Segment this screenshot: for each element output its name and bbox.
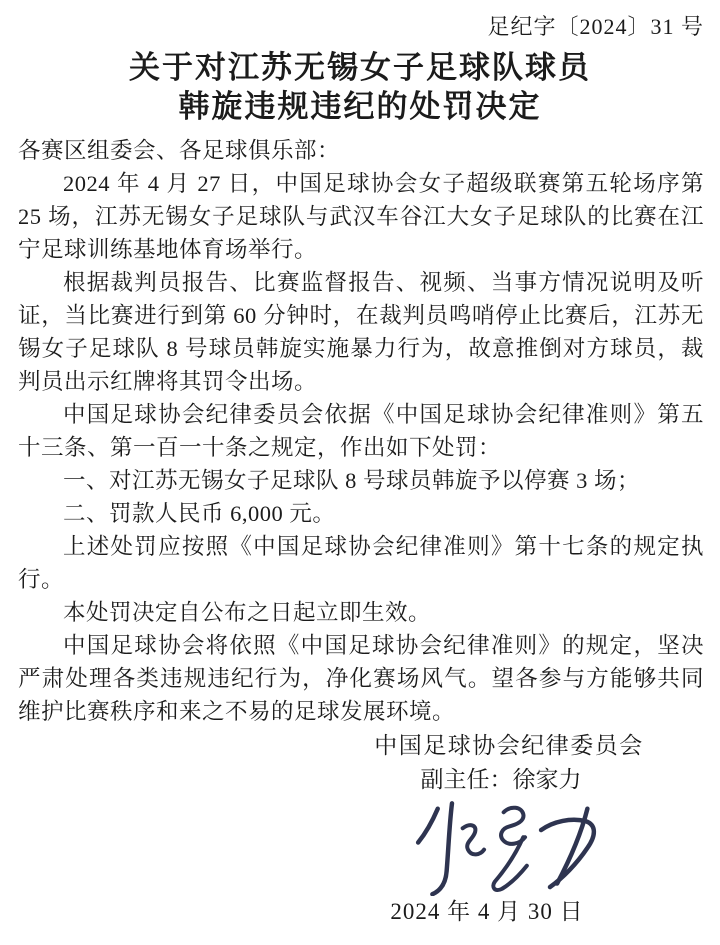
signature-stroke <box>463 825 484 854</box>
signature-block: 中国足球协会纪律委员会 副主任：徐家力 2024 年 4 月 30 日 <box>354 730 664 928</box>
signature-org: 中国足球协会纪律委员会 <box>354 730 664 762</box>
doc-number: 足纪字〔2024〕31 号 <box>0 0 720 41</box>
paragraph-ruling-basis: 中国足球协会纪律委员会依据《中国足球协会纪律准则》第五十三条、第一百一十条之规定… <box>18 398 704 464</box>
penalty-item-1: 一、对江苏无锡女子足球队 8 号球员韩旋予以停赛 3 场； <box>18 464 704 497</box>
signature-stroke <box>418 809 438 843</box>
paragraph-incident: 根据裁判员报告、比赛监督报告、视频、当事方情况说明及听证，当比赛进行到第 60 … <box>18 266 704 398</box>
paragraph-match-info: 2024 年 4 月 27 日，中国足球协会女子超级联赛第五轮场序第 25 场，… <box>18 167 704 266</box>
doc-title-line1: 关于对江苏无锡女子足球队球员 <box>0 48 720 87</box>
penalty-item-2: 二、罚款人民币 6,000 元。 <box>18 497 704 530</box>
doc-title-line2: 韩旋违规违纪的处罚决定 <box>0 87 720 126</box>
doc-title: 关于对江苏无锡女子足球队球员 韩旋违规违纪的处罚决定 <box>0 48 720 126</box>
paragraph-execution: 上述处罚应按照《中国足球协会纪律准则》第十七条的规定执行。 <box>18 530 704 596</box>
document-page: 足纪字〔2024〕31 号 关于对江苏无锡女子足球队球员 韩旋违规违纪的处罚决定… <box>0 0 720 945</box>
paragraph-closing: 中国足球协会将依照《中国足球协会纪律准则》的规定，坚决严肃处理各类违规违纪行为，… <box>18 629 704 728</box>
paragraph-effective: 本处罚决定自公布之日起立即生效。 <box>18 596 704 629</box>
salutation: 各赛区组委会、各足球俱乐部： <box>18 134 704 167</box>
doc-body: 各赛区组委会、各足球俱乐部： 2024 年 4 月 27 日，中国足球协会女子超… <box>0 126 720 728</box>
signature-date: 2024 年 4 月 30 日 <box>332 896 642 928</box>
handwritten-signature-image <box>411 798 607 896</box>
signature-signer: 副主任：徐家力 <box>346 764 656 796</box>
signature-stroke <box>541 820 594 887</box>
